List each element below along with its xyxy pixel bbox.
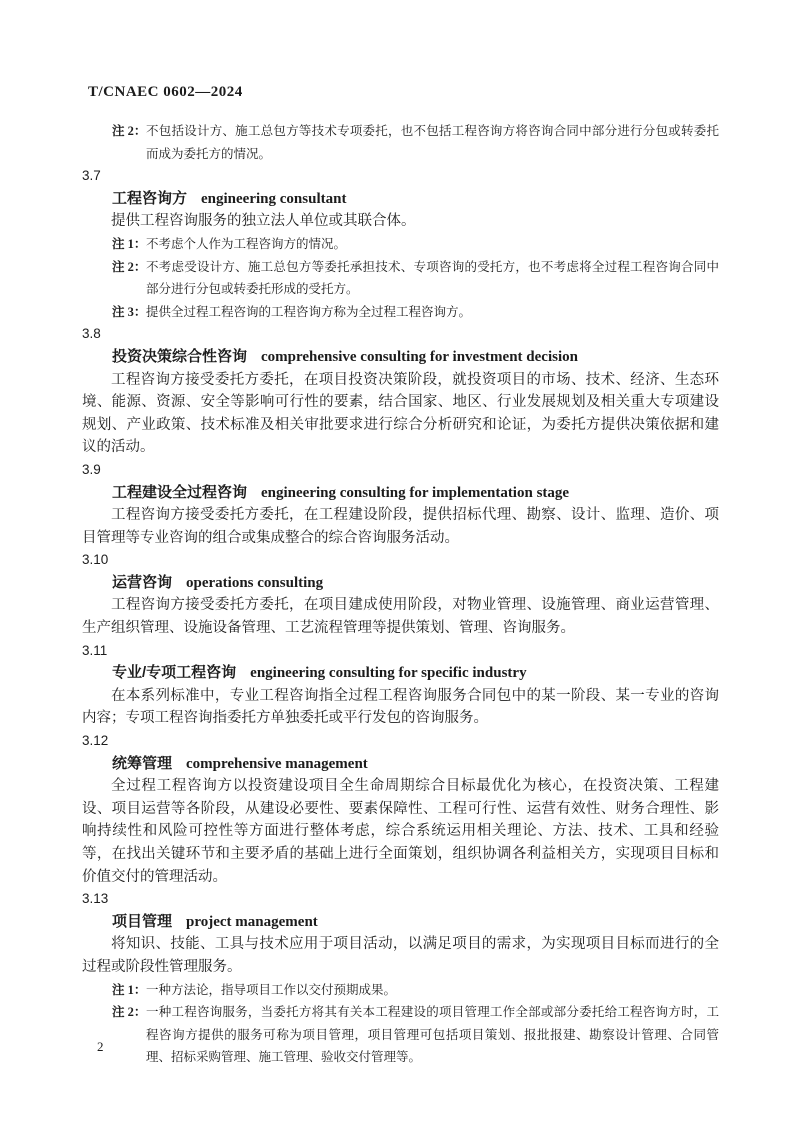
term-heading: 专业/专项工程咨询engineering consulting for spec… <box>112 662 719 685</box>
term-heading: 工程建设全过程咨询engineering consulting for impl… <box>112 482 719 505</box>
term-section: 3.12 统筹管理comprehensive management 全过程工程咨… <box>82 730 719 888</box>
term-heading: 统筹管理comprehensive management <box>112 753 719 776</box>
section-number: 3.7 <box>82 165 719 188</box>
document-code: T/CNAEC 0602—2024 <box>88 84 243 101</box>
term-en: engineering consulting for specific indu… <box>250 665 526 681</box>
note-text: 不考虑个人作为工程咨询方的情况。 <box>146 237 346 251</box>
section-number: 3.12 <box>82 730 719 753</box>
section-number: 3.8 <box>82 323 719 346</box>
term-en: comprehensive management <box>186 756 368 772</box>
note-text: 一种工程咨询服务，当委托方将其有关本工程建设的项目管理工作全部或部分委托给工程咨… <box>146 1005 719 1064</box>
note: 注 1：一种方法论，指导项目工作以交付预期成果。 <box>112 979 719 1002</box>
section-number: 3.13 <box>82 888 719 911</box>
definition: 工程咨询方接受委托方委托，在项目建成使用阶段，对物业管理、设施管理、商业运营管理… <box>82 594 719 639</box>
note-text: 不考虑受设计方、施工总包方等委托承担技术、专项咨询的受托方，也不考虑将全过程工程… <box>146 260 719 297</box>
term-en: engineering consulting for implementatio… <box>261 485 569 501</box>
term-zh: 工程建设全过程咨询 <box>112 484 247 501</box>
definition: 全过程工程咨询方以投资建设项目全生命周期综合目标最优化为核心，在投资决策、工程建… <box>82 775 719 888</box>
term-section: 3.10 运营咨询operations consulting 工程咨询方接受委托… <box>82 549 719 639</box>
section-number: 3.10 <box>82 549 719 572</box>
term-section: 3.9 工程建设全过程咨询engineering consulting for … <box>82 459 719 549</box>
note-label: 注 3： <box>112 301 146 324</box>
note-label: 注 2： <box>112 120 146 143</box>
note: 注 1：不考虑个人作为工程咨询方的情况。 <box>112 233 719 256</box>
definition: 提供工程咨询服务的独立法人单位或其联合体。 <box>82 210 719 233</box>
term-heading: 项目管理project management <box>112 911 719 934</box>
term-zh: 运营咨询 <box>112 574 172 591</box>
definition: 在本系列标准中，专业工程咨询指全过程工程咨询服务合同包中的某一阶段、某一专业的咨… <box>82 685 719 730</box>
note-text: 一种方法论，指导项目工作以交付预期成果。 <box>146 983 396 997</box>
section-number: 3.11 <box>82 640 719 663</box>
term-section: 3.8 投资决策综合性咨询comprehensive consulting fo… <box>82 323 719 459</box>
term-section: 3.7 工程咨询方engineering consultant 提供工程咨询服务… <box>82 165 719 323</box>
note-text: 不包括设计方、施工总包方等技术专项委托，也不包括工程咨询方将咨询合同中部分进行分… <box>146 124 719 161</box>
term-en: engineering consultant <box>201 191 346 207</box>
note: 注 3：提供全过程工程咨询的工程咨询方称为全过程工程咨询方。 <box>112 301 719 324</box>
term-zh: 统筹管理 <box>112 755 172 772</box>
note-text: 提供全过程工程咨询的工程咨询方称为全过程工程咨询方。 <box>146 305 471 319</box>
note-label: 注 1： <box>112 233 146 256</box>
note-label: 注 1： <box>112 979 146 1002</box>
term-zh: 投资决策综合性咨询 <box>112 348 247 365</box>
note-continuation: 注 2：不包括设计方、施工总包方等技术专项委托，也不包括工程咨询方将咨询合同中部… <box>112 120 719 165</box>
term-en: comprehensive consulting for investment … <box>261 349 578 365</box>
page-number: 2 <box>97 1039 104 1055</box>
definition: 将知识、技能、工具与技术应用于项目活动，以满足项目的需求，为实现项目目标而进行的… <box>82 933 719 978</box>
note: 注 2：不考虑受设计方、施工总包方等委托承担技术、专项咨询的受托方，也不考虑将全… <box>112 256 719 301</box>
definition: 工程咨询方接受委托方委托，在工程建设阶段，提供招标代理、勘察、设计、监理、造价、… <box>82 504 719 549</box>
document-page: T/CNAEC 0602—2024 注 2：不包括设计方、施工总包方等技术专项委… <box>0 0 801 1134</box>
note-label: 注 2： <box>112 1001 146 1024</box>
note-label: 注 2： <box>112 256 146 279</box>
term-heading: 投资决策综合性咨询comprehensive consulting for in… <box>112 346 719 369</box>
term-heading: 运营咨询operations consulting <box>112 572 719 595</box>
section-number: 3.9 <box>82 459 719 482</box>
term-zh: 工程咨询方 <box>112 190 187 207</box>
term-en: project management <box>186 914 318 930</box>
term-zh: 项目管理 <box>112 913 172 930</box>
term-section: 3.11 专业/专项工程咨询engineering consulting for… <box>82 640 719 730</box>
note: 注 2：一种工程咨询服务，当委托方将其有关本工程建设的项目管理工作全部或部分委托… <box>112 1001 719 1069</box>
definition: 工程咨询方接受委托方委托，在项目投资决策阶段，就投资项目的市场、技术、经济、生态… <box>82 369 719 459</box>
document-body: 注 2：不包括设计方、施工总包方等技术专项委托，也不包括工程咨询方将咨询合同中部… <box>82 120 719 1069</box>
term-zh: 专业/专项工程咨询 <box>112 664 236 681</box>
term-section: 3.13 项目管理project management 将知识、技能、工具与技术… <box>82 888 719 1069</box>
term-en: operations consulting <box>186 575 323 591</box>
term-heading: 工程咨询方engineering consultant <box>112 188 719 211</box>
